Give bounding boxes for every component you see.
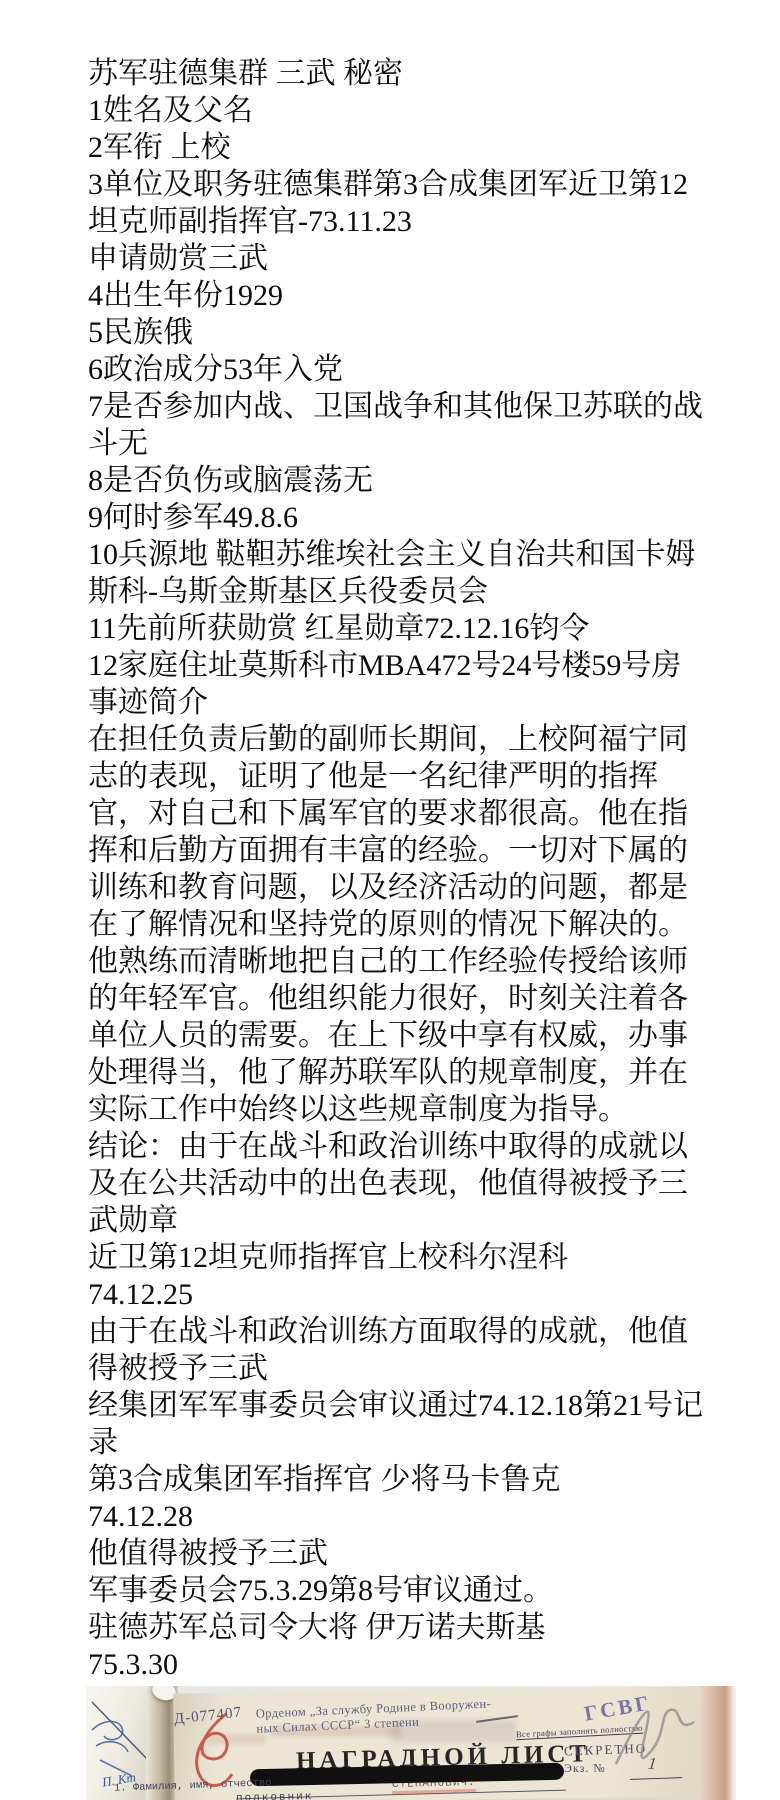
- document-section-heading: 事迹简介: [88, 684, 710, 721]
- translated-award-document: 苏军驻德集群 三武 秘密 1姓名及父名 2军衔 上校 3单位及职务驻德集群第3合…: [88, 55, 710, 1683]
- document-line: 驻德苏军总司令大将 伊万诺夫斯基: [88, 1609, 710, 1646]
- document-merit-paragraph: 在担任负责后勤的副师长期间，上校阿福宁同志的表现，证明了他是一名纪律严明的指挥官…: [88, 721, 710, 1128]
- document-date: 75.3.30: [88, 1646, 710, 1683]
- document-line: 10兵源地 鞑靼苏维埃社会主义自治共和国卡姆斯科-乌斯金斯基区兵役委员会: [88, 536, 710, 610]
- document-line: 7是否参加内战、卫国战争和其他保卫苏联的战斗无: [88, 388, 710, 462]
- document-line: 3单位及职务驻德集群第3合成集团军近卫第12坦克师副指挥官-73.11.23: [88, 166, 710, 240]
- document-line: 6政治成分53年入党: [88, 351, 710, 388]
- document-line: 他值得被授予三武: [88, 1535, 710, 1572]
- document-line: 第3合成集团军指挥官 少将马卡鲁克: [88, 1461, 710, 1498]
- document-line: 苏军驻德集群 三武 秘密: [88, 55, 710, 92]
- rank-value: полковник: [236, 1791, 314, 1800]
- book-edge: [698, 1686, 736, 1800]
- document-line: 5民族俄: [88, 314, 710, 351]
- document-line: 军事委员会75.3.29第8号审议通过。: [88, 1572, 710, 1609]
- document-line: 2军衔 上校: [88, 129, 710, 166]
- document-line: 8是否负伤或脑震荡无: [88, 462, 710, 499]
- document-conclusion: 结论：由于在战斗和政治训练中取得的成就以及在公共活动中的出色表现，他值得被授予三…: [88, 1128, 710, 1239]
- document-line: 近卫第12坦克师指挥官上校科尔涅科: [88, 1239, 710, 1276]
- document-date: 74.12.25: [88, 1276, 710, 1313]
- document-line: 申请勋赏三武: [88, 240, 710, 277]
- document-line: 9何时参军49.8.6: [88, 499, 710, 536]
- award-sheet-photo: П. Кт Д-077407 Орденом „За службу Родине…: [86, 1686, 736, 1800]
- document-line: 由于在战斗和政治训练方面取得的成就，他值得被授予三武: [88, 1313, 710, 1387]
- document-line: 11先前所获勋赏 红星勋章72.12.16钧令: [88, 610, 710, 647]
- grey-pencil-scribble: [606, 1690, 702, 1786]
- document-date: 74.12.28: [88, 1498, 710, 1535]
- document-line: 4出生年份1929: [88, 277, 710, 314]
- document-line: 1姓名及父名: [88, 92, 710, 129]
- document-line: 经集团军军事委员会审议通过74.12.18第21号记录: [88, 1387, 710, 1461]
- document-line: 12家庭住址莫斯科市MBA472号24号楼59号房: [88, 647, 710, 684]
- copy-number-label: Экз. №: [564, 1761, 606, 1776]
